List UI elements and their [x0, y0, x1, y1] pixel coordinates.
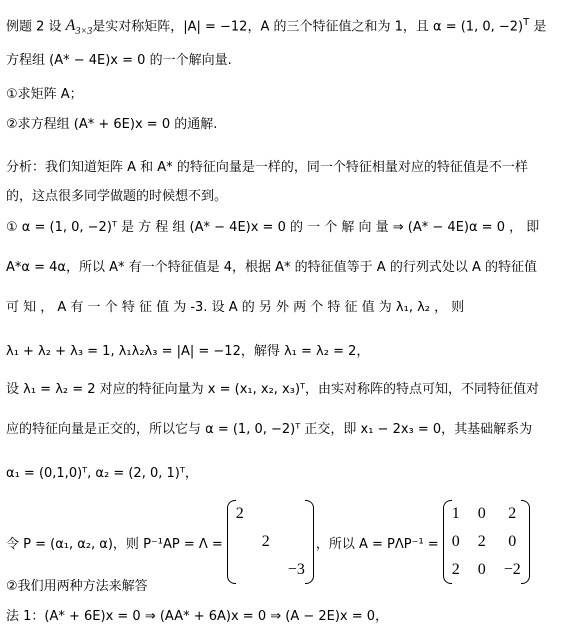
problem-label: 例题 2 设	[6, 19, 66, 34]
matrix-a-3x3: A3×3	[66, 17, 93, 34]
analysis-line-7: 设 λ₁ = λ₂ = 2 对应的特征向量为 x = (x₁, x₂, x₃)ᵀ…	[6, 381, 539, 399]
analysis-line-5: 可 知 ， A 有 一 个 特 征 值 为 -3. 设 A 的 另 外 两 个 …	[6, 299, 464, 317]
problem-line-2: 方程组 (A* − 4E)x = 0 的一个解向量.	[6, 52, 232, 70]
analysis-line-1: 分析：我们知道矩阵 A 和 A* 的特征向量是一样的，同一个特征相量对应的特征值…	[6, 159, 528, 177]
analysis-line-6: λ₁ + λ₂ + λ₃ = 1, λ₁λ₂λ₃ = |A| = −12，解得 …	[6, 343, 369, 361]
analysis-line-9: α₁ = (0,1,0)ᵀ, α₂ = (2, 0, 1)ᵀ，	[6, 465, 198, 483]
analysis-line-11: ②我们用两种方法来解答	[6, 578, 148, 596]
problem-text-end: 是	[529, 19, 546, 34]
p-definition-text: 令 P = (α₁, α₂, α)，则 P⁻¹AP = Λ =	[6, 533, 223, 552]
problem-text: 是实对称矩阵，|A| = −12，A 的三个特征值之和为 1，且 α = (1,…	[92, 19, 523, 34]
analysis-line-4: A*α = 4α，所以 A* 有一个特征值是 4，根据 A* 的特征值等于 A …	[6, 259, 537, 277]
lambda-matrix: 2 2 −3	[227, 500, 314, 584]
question-1: ①求矩阵 A；	[6, 86, 83, 104]
question-2: ②求方程组 (A* + 6E)x = 0 的通解.	[6, 116, 217, 134]
problem-line-1: 例题 2 设 A3×3是实对称矩阵，|A| = −12，A 的三个特征值之和为 …	[6, 14, 546, 42]
a-matrix: 102 020 20−2	[443, 500, 530, 584]
analysis-line-12: 法 1：(A* + 6E)x = 0 ⇒ (AA* + 6A)x = 0 ⇒ (…	[6, 608, 388, 626]
analysis-line-3: ① α = (1, 0, −2)ᵀ 是 方 程 组 (A* − 4E)x = 0…	[6, 219, 539, 237]
analysis-line-2: 的，这点很多同学做题的时候想不到。	[6, 188, 227, 206]
analysis-line-10: 令 P = (α₁, α₂, α)，则 P⁻¹AP = Λ = 2 2 −3 ，…	[6, 500, 530, 584]
a-result-text: ，所以 A = PΛP⁻¹ =	[316, 533, 439, 552]
analysis-line-8: 应的特征向量是正交的，所以它与 α = (1, 0, −2)ᵀ 正交，即 x₁ …	[6, 421, 532, 439]
